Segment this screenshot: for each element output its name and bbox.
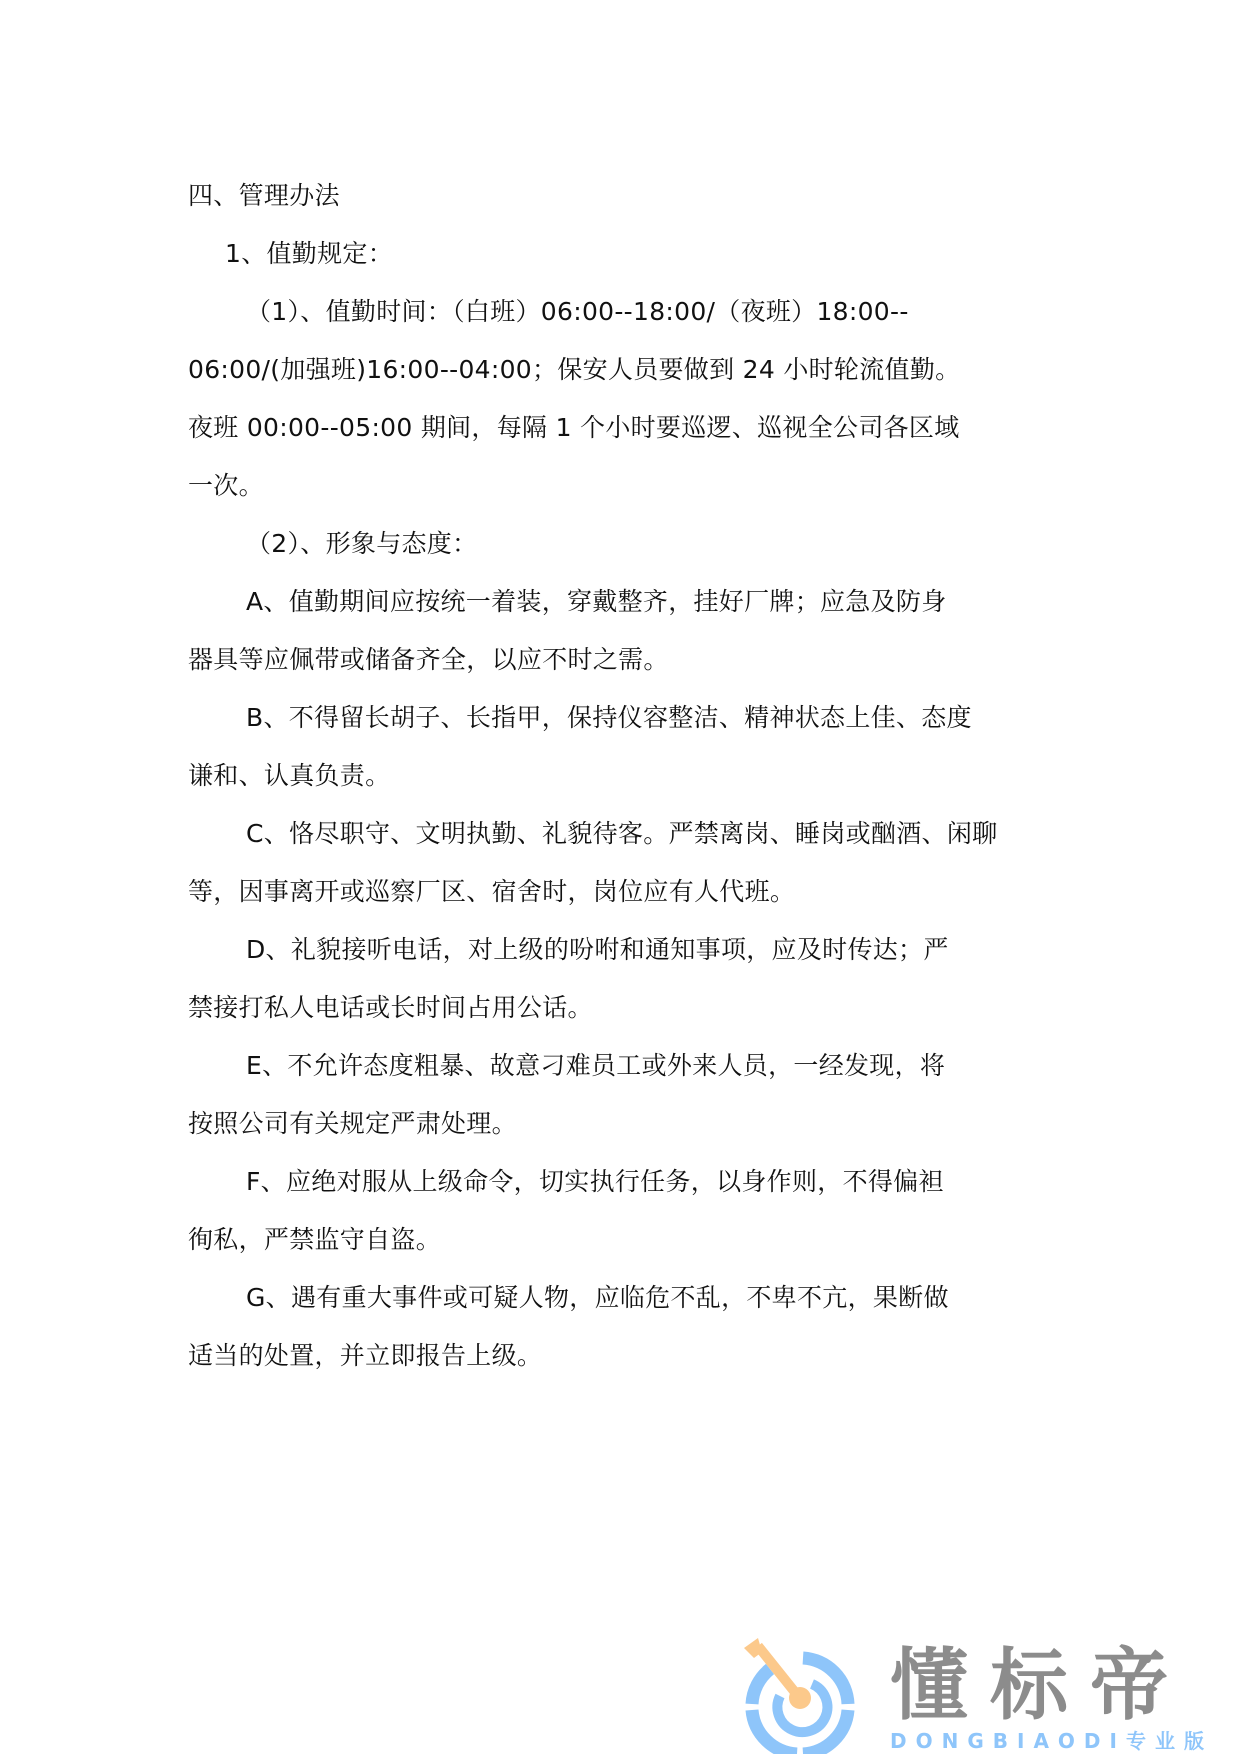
paragraph-line: 夜班 00:00--05:00 期间，每隔 1 个小时要巡逻、巡视全公司各区域 [188, 413, 960, 443]
paragraph-line: D、礼貌接听电话，对上级的吩咐和通知事项，应及时传达；严 [246, 935, 949, 965]
paragraph-line: 谦和、认真负责。 [188, 761, 390, 791]
watermark-brand-name: 懂标帝 [890, 1646, 1190, 1726]
paragraph-line: C、恪尽职守、文明执勤、礼貌待客。严禁离岗、睡岗或酗酒、闲聊 [246, 819, 997, 849]
target-with-arrow-icon [740, 1636, 860, 1754]
paragraph-line: 等，因事离开或巡察厂区、宿舍时，岗位应有人代班。 [188, 877, 795, 907]
paragraph-line: 禁接打私人电话或长时间占用公话。 [188, 993, 593, 1023]
section-heading: 四、管理办法 [188, 181, 340, 211]
paragraph-line: G、遇有重大事件或可疑人物，应临危不乱，不卑不亢，果断做 [246, 1283, 949, 1313]
subsection-heading: 1、值勤规定： [225, 239, 393, 269]
paragraph-line: F、应绝对服从上级命令，切实执行任务，以身作则，不得偏袒 [246, 1167, 944, 1197]
watermark: 懂标帝 DONGBIAODI专业版 [740, 1636, 1241, 1754]
paragraph-line: A、值勤期间应按统一着装，穿戴整齐，挂好厂牌；应急及防身 [246, 587, 947, 617]
paragraph-line: 按照公司有关规定严肃处理。 [188, 1109, 517, 1139]
paragraph-line: B、不得留长胡子、长指甲，保持仪容整洁、精神状态上佳、态度 [246, 703, 972, 733]
paragraph-line: 器具等应佩带或储备齐全，以应不时之需。 [188, 645, 669, 675]
paragraph-line: （1）、值勤时间：（白班）06:00--18:00/（夜班）18:00-- [246, 297, 909, 327]
paragraph-line: 徇私，严禁监守自盗。 [188, 1225, 441, 1255]
paragraph-line: 适当的处置，并立即报告上级。 [188, 1341, 542, 1371]
paragraph-line: （2）、形象与态度： [246, 529, 477, 559]
watermark-brand-subtitle: DONGBIAODI专业版 [890, 1730, 1213, 1752]
paragraph-line: 一次。 [188, 471, 264, 501]
paragraph-line: 06:00/(加强班)16:00--04:00；保安人员要做到 24 小时轮流值… [188, 355, 960, 385]
document-page: 四、管理办法 1、值勤规定： （1）、值勤时间：（白班）06:00--18:00… [0, 0, 1241, 1754]
paragraph-line: E、不允许态度粗暴、故意刁难员工或外来人员，一经发现，将 [246, 1051, 945, 1081]
